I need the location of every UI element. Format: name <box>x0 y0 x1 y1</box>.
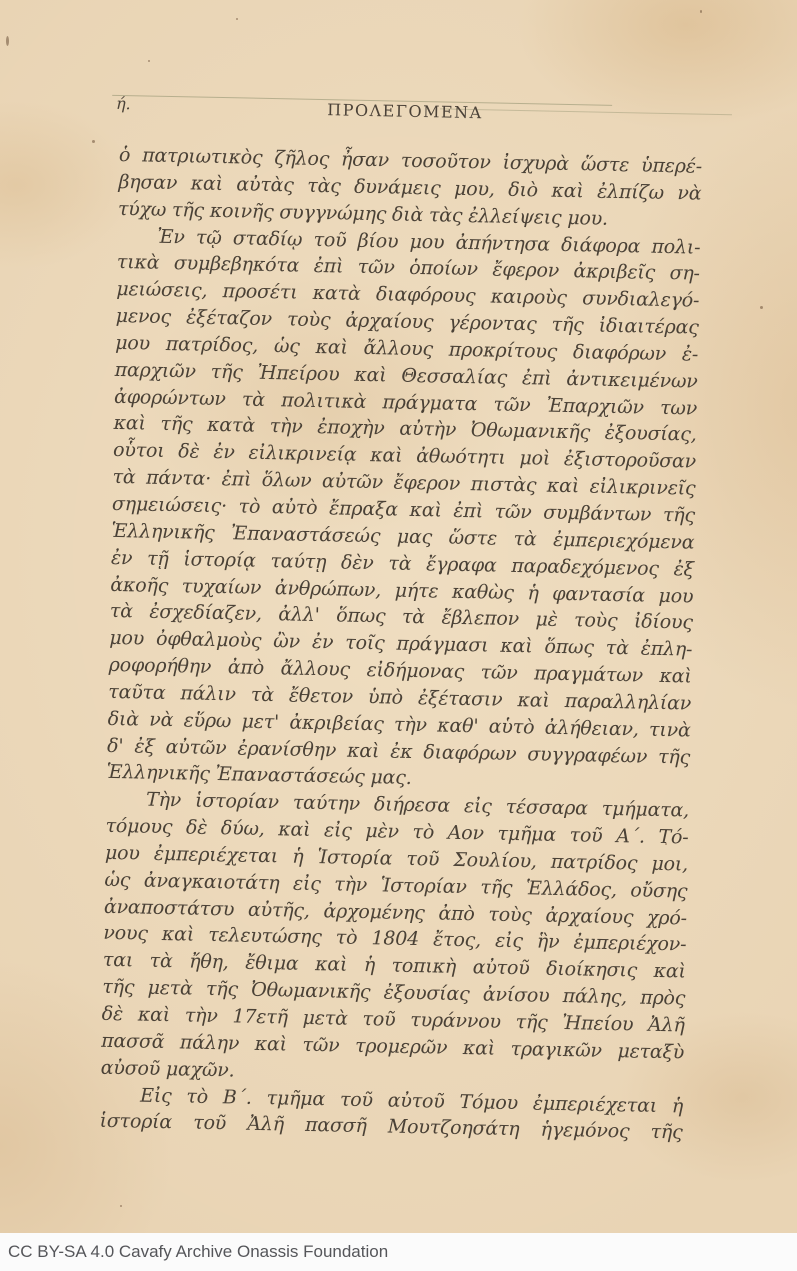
book-page-scan: ή. ΠΡΟΛΕΓΟΜΕΝΑ ὁ πατριωτικὸς ζῆλος ἦσαν … <box>0 0 797 1233</box>
license-bar: CC BY-SA 4.0 Cavafy Archive Onassis Foun… <box>0 1233 797 1271</box>
license-text: CC BY-SA 4.0 Cavafy Archive Onassis Foun… <box>8 1242 388 1261</box>
body-text: ὁ πατριωτικὸς ζῆλος ἦσαν τοσοῦτον ἰσχυρὰ… <box>99 142 702 1147</box>
page-title: ΠΡΟΛΕΓΟΜΕΝΑ <box>55 95 755 128</box>
printed-page: ή. ΠΡΟΛΕΓΟΜΕΝΑ ὁ πατριωτικὸς ζῆλος ἦσαν … <box>0 0 797 1233</box>
